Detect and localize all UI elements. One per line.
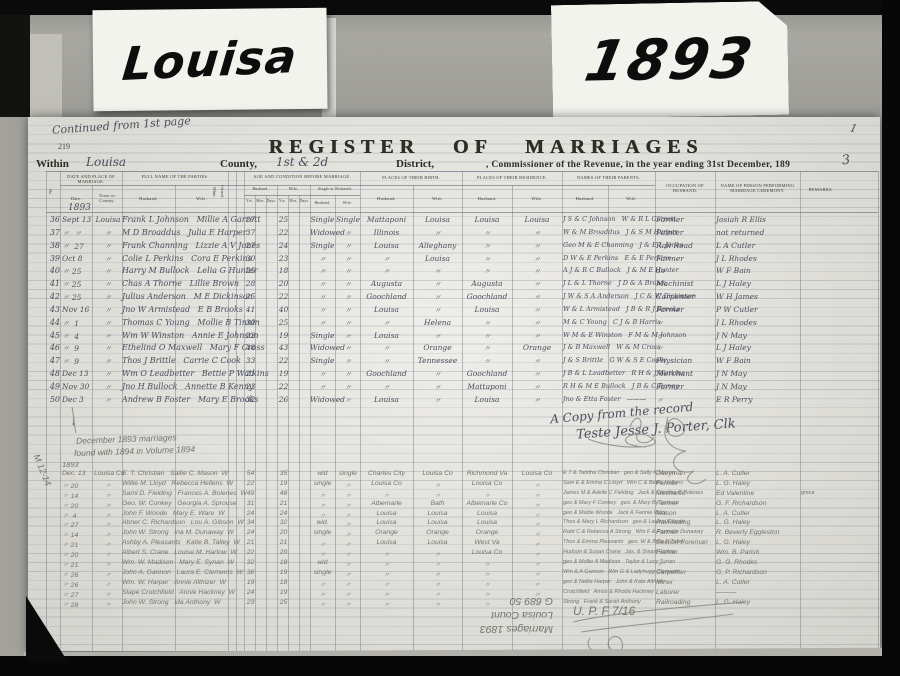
cell-county: 〃 (94, 369, 122, 380)
cell-residence-husband: Louisa Co (462, 480, 512, 487)
cell-condition-wife: 〃 (336, 254, 360, 265)
column-rule (255, 195, 256, 651)
cell-date: Nov 30 (62, 382, 92, 391)
cell-names: Jno W Armistead E B Brooks (122, 305, 252, 314)
column-rule (299, 195, 300, 651)
cell-condition-husband: Single (310, 215, 335, 224)
cell-minister: G. F. Richardson (716, 500, 800, 507)
cell-residence-husband: Louisa (462, 215, 512, 224)
column-rule (310, 185, 311, 651)
cell-birth-wife: 〃 (413, 305, 462, 316)
cell-date: 〃 20 (62, 549, 92, 559)
cell-residence-husband: 〃 (462, 559, 512, 569)
cell-occupation: 〃 (656, 331, 714, 342)
cell-residence-wife: Louisa Co (512, 470, 562, 477)
cell-condition-husband: Single (310, 356, 335, 365)
cell-date: Nov 16 (62, 305, 92, 314)
cell-birth-wife: 〃 (413, 395, 462, 406)
column-rule (413, 185, 414, 651)
cell-residence-wife: 〃 (512, 579, 562, 589)
cell-county: 〃 (94, 480, 122, 490)
cell-birth-wife: 〃 (413, 228, 462, 239)
page-number: 219 (58, 142, 70, 151)
cell-residence-wife: 〃 (512, 292, 562, 303)
cell-birth-husband: Louisa (360, 395, 413, 404)
column-rule (715, 171, 716, 651)
cell-county: 〃 (94, 382, 122, 393)
cell-birth-wife: 〃 (413, 559, 462, 569)
cell-birth-husband: Augusta (360, 279, 413, 288)
cell-minister: J L Rhodes (716, 254, 800, 263)
col-header-birth: PLACES OF THEIR BIRTH. (360, 175, 462, 180)
cell-names: Wm W Winston Annie E Johnson (122, 331, 252, 340)
cell-occupation: Mason (656, 510, 714, 517)
column-rule (244, 171, 245, 651)
cell-county: 〃 (94, 559, 122, 569)
county-card-text: Louisa (120, 29, 300, 91)
cell-date: 〃 14 (62, 490, 92, 500)
cell-county: 〃 (94, 305, 122, 316)
cell-residence-husband: 〃 (462, 241, 512, 252)
cell-county: 〃 (94, 589, 122, 599)
cell-county: 〃 (94, 241, 122, 252)
column-rule (360, 171, 361, 651)
cell-residence-husband: Louisa (462, 510, 512, 517)
cell-condition-husband: Widowed (310, 395, 335, 404)
cell-date: 〃 21 (62, 559, 92, 569)
cell-minister: Wm. B. Parish (716, 549, 800, 556)
cell-occupation: Railroading (656, 519, 714, 526)
cell-residence-wife: 〃 (512, 369, 562, 380)
cell-minister: G. G. Rhodes (716, 559, 800, 566)
cell-birth-husband: 〃 (360, 254, 413, 265)
cell-occupation: Painter (656, 228, 714, 237)
cell-minister: L. G. Haley (716, 519, 800, 526)
cell-names: Julius Anderson M E Dickinson (122, 292, 252, 301)
cell-birth-husband: Charles City (360, 470, 413, 477)
cell-birth-husband: 〃 (360, 579, 413, 589)
cell-names: Geo. W. Conkey Georgia A. Sprouse (122, 500, 252, 507)
cell-county: 〃 (94, 343, 122, 354)
cell-condition-husband: 〃 (310, 579, 335, 589)
cell-minister: L. A. Cutler (716, 579, 800, 586)
cell-date: Dec. 13 (62, 470, 92, 477)
cell-birth-husband: Goochland (360, 369, 413, 378)
cell-condition-wife: 〃 (336, 519, 360, 529)
cell-names: Abner C. Richardson Lou A. Gibson W (122, 519, 252, 526)
cell-date: 〃 27 (62, 519, 92, 529)
cell-condition-wife: 〃 (336, 279, 360, 290)
subheader-white: White. (212, 174, 216, 210)
cell-minister: ——— (716, 589, 800, 596)
cell-county: 〃 (94, 292, 122, 303)
cell-condition-wife: single (336, 470, 360, 477)
cell-birth-wife: Louisa (413, 254, 462, 263)
continued-note: Continued from 1st page (52, 114, 191, 137)
photo-frame: Louisa 1893 Continued from 1st page 219 … (0, 0, 900, 676)
cell-residence-wife: 〃 (512, 331, 562, 342)
cell-residence-husband: Orange (462, 529, 512, 536)
cell-condition-husband: wid (310, 559, 335, 566)
cell-birth-husband: Louisa (360, 539, 413, 546)
cell-minister: J N May (716, 331, 800, 340)
cell-residence-husband: Richmond Va (462, 470, 512, 477)
cell-date: Dec 13 (62, 369, 92, 378)
cell-names: Wm. W. Harper Annie Althizer W (122, 579, 252, 586)
cell-birth-husband: Louisa (360, 510, 413, 517)
cell-birth-wife: Orange (413, 343, 462, 352)
column-rule (266, 195, 267, 651)
cell-residence-husband: 〃 (462, 490, 512, 500)
cell-minister: J N May (716, 382, 800, 391)
cell-condition-husband: 〃 (310, 490, 335, 500)
col-header-residence: PLACES OF THEIR RESIDENCE. (462, 175, 562, 180)
cell-condition-wife: 〃 (336, 318, 360, 329)
cell-names: Albert S. Crane Louise M. Harlow W (122, 549, 252, 556)
cell-county: 〃 (94, 510, 122, 520)
cell-birth-wife: Louisa (413, 539, 462, 546)
cell-residence-wife: 〃 (512, 549, 562, 559)
column-rule (288, 195, 289, 651)
cell-county: 〃 (94, 599, 122, 609)
cell-condition-wife: 〃 (336, 395, 360, 406)
bottom-black-bar (0, 656, 900, 676)
column-rule (228, 171, 229, 651)
cell-condition-husband: Single (310, 331, 335, 340)
cell-birth-husband: 〃 (360, 569, 413, 579)
header-rule-mid (60, 185, 655, 186)
cell-birth-wife: 〃 (413, 569, 462, 579)
column-rule (655, 171, 656, 651)
cell-date: 〃 20 (62, 500, 92, 510)
cell-birth-wife: Louisa Co (413, 470, 462, 477)
cell-names: Wm. W. Madison Mary E. Synan W (122, 559, 252, 566)
cell-occupation: Farmer (656, 500, 714, 507)
left-dark-edge (0, 0, 30, 117)
subheader-birth-husband: Husband. (360, 196, 413, 201)
cell-occupation: Farmer (656, 215, 714, 224)
subheader-yrs-w: Yrs. (277, 199, 288, 203)
cell-names: Wm O Leadbetter Bettie P Watkins (122, 369, 252, 378)
cell-birth-wife: Tennessee (413, 356, 462, 365)
cell-names: Ashby A. Pleasants Katie B. Talley W (122, 539, 252, 546)
year-label-card: 1893 (551, 1, 789, 120)
cell-birth-husband: 〃 (360, 318, 413, 329)
page-title: REGISTER OF MARRIAGES (133, 136, 839, 159)
column-rule (175, 185, 176, 651)
cell-condition-wife: 〃 (336, 500, 360, 510)
cell-birth-wife: Helena (413, 318, 462, 327)
cell-condition-wife: 〃 (336, 266, 360, 277)
cell-date: 〃 27 (62, 589, 92, 599)
cell-residence-husband: Louisa Co (462, 549, 512, 556)
cell-birth-wife: 〃 (413, 490, 462, 500)
inverted-pencil-note: Marriages 1893 Louisa Count G 689 50 (223, 594, 553, 636)
cell-occupation: Section Foreman (656, 539, 714, 546)
cell-minister: L J Haley (716, 343, 800, 352)
cell-condition-wife: 〃 (336, 228, 360, 239)
subheader-res-husband: Husband. (462, 196, 512, 201)
cell-county: 〃 (94, 279, 122, 290)
row-number: 40 (46, 266, 60, 275)
cell-county: 〃 (94, 254, 122, 265)
subheader-colored: Colored. (220, 174, 224, 210)
cell-occupation: 〃 (656, 343, 714, 354)
cell-minister: L. G. Haley (716, 480, 800, 487)
cell-residence-wife: 〃 (512, 382, 562, 393)
cell-occupation: Farmer (656, 480, 714, 487)
cell-birth-husband: 〃 (360, 559, 413, 569)
cell-condition-wife: 〃 (336, 369, 360, 380)
cell-names: Harry M Bullock Lelia G Hunter (122, 266, 252, 275)
cell-birth-wife: 〃 (413, 279, 462, 290)
cell-condition-husband: 〃 (310, 382, 335, 393)
cell-county: 〃 (94, 519, 122, 529)
cell-birth-husband: 〃 (360, 549, 413, 559)
cell-condition-wife: 〃 (336, 292, 360, 303)
cell-residence-wife: 〃 (512, 539, 562, 549)
cell-date: Dec 3 (62, 395, 92, 404)
cell-condition-wife: 〃 (336, 510, 360, 520)
header-rule-age (244, 195, 360, 196)
cell-residence-wife: 〃 (512, 519, 562, 529)
cell-birth-husband: Louisa (360, 331, 413, 340)
cell-condition-husband: single (310, 569, 335, 576)
commissioner-text: , Commissioner of the Revenue, in the ye… (486, 160, 790, 170)
cell-date: 〃 21 (62, 539, 92, 549)
subheader-mos-w: Mos. (288, 199, 299, 203)
subheader-mos-h: Mos. (255, 199, 266, 203)
cell-condition-wife: 〃 (336, 579, 360, 589)
cell-condition-wife: 〃 (336, 331, 360, 342)
col-header-license: No. (48, 174, 52, 210)
col-header-age-condition: AGE AND CONDITION BEFORE MARRIAGE. (244, 174, 360, 179)
cell-condition-husband: Single (310, 241, 335, 250)
cell-minister: L. G. Haley (716, 539, 800, 546)
cell-birth-husband: Louisa (360, 519, 413, 526)
subheader-cond-husband: Husband. (310, 201, 335, 205)
row-number: 50 (46, 395, 60, 404)
cell-remarks: gmca (801, 490, 876, 496)
inverted-line: G 689 50 (223, 594, 553, 608)
row-number: 49 (46, 382, 60, 391)
register-page: Continued from 1st page 219 REGISTER OF … (28, 117, 880, 651)
district-script: 1st & 2d (276, 155, 328, 169)
cell-residence-wife: 〃 (512, 318, 562, 329)
pen-tick: 1 (849, 121, 859, 135)
cell-condition-husband: single (310, 529, 335, 536)
right-black-bar (882, 0, 900, 676)
cell-birth-husband: 〃 (360, 382, 413, 393)
cell-minister: L A Cutler (716, 241, 800, 250)
subheader-parents-husband: Husband. (562, 196, 608, 201)
cell-residence-husband: 〃 (462, 569, 512, 579)
row-number: 44 (46, 318, 60, 327)
county-label-card: Louisa (92, 8, 327, 111)
within-label: Within (36, 158, 69, 170)
cell-date: 〃 20 (62, 480, 92, 490)
cell-birth-husband: 〃 (360, 266, 413, 277)
col-header-date-place: DATE AND PLACE OF MARRIAGE. (60, 174, 122, 184)
cell-names: Colie L Perkins Cora E Perkins (122, 254, 252, 263)
cell-names: John F. Woode Mary E. Ware W (122, 510, 252, 517)
cell-minister: J L Rhodes (716, 318, 800, 327)
row-number: 41 (46, 279, 60, 288)
pencil-section-year: 1893 (62, 460, 79, 469)
cell-birth-wife: 〃 (413, 266, 462, 277)
subheader-parents-wife: Wife. (608, 196, 655, 201)
cell-condition-wife: 〃 (336, 490, 360, 500)
cell-residence-wife: 〃 (512, 356, 562, 367)
cell-residence-wife: Orange (512, 343, 562, 352)
cell-county: 〃 (94, 490, 122, 500)
cell-condition-husband: 〃 (310, 292, 335, 303)
subheader-age-wife: Wife. (277, 187, 310, 191)
cell-residence-wife: 〃 (512, 500, 562, 510)
cell-condition-husband: Widowed (310, 343, 335, 352)
cell-birth-wife: 〃 (413, 549, 462, 559)
cell-county: Louisa Co (94, 470, 122, 477)
county-script: Louisa (86, 155, 126, 169)
cell-names: Thos J Brittle Carrie C Cook (122, 356, 252, 365)
column-rule (92, 185, 93, 651)
cell-county: 〃 (94, 529, 122, 539)
cell-minister: W F Bain (716, 266, 800, 275)
column-rule (462, 171, 463, 651)
cell-condition-husband: wid (310, 470, 335, 477)
cell-birth-wife: 〃 (413, 382, 462, 393)
cell-birth-husband: Louisa (360, 305, 413, 314)
subheader-days-w: Days. (299, 199, 310, 203)
cell-condition-husband: single (310, 480, 335, 487)
subheader-single-widowed: Single or Widowed. (310, 187, 360, 191)
cell-minister: G. P. Richardson (716, 569, 800, 576)
cell-occupation: Farmer (656, 382, 714, 391)
cell-residence-husband: Augusta (462, 279, 512, 288)
cell-residence-wife: 〃 (512, 395, 562, 406)
cell-date: 〃 25 (62, 279, 92, 290)
cell-occupation: Carpenter (656, 292, 714, 301)
cell-minister: L. A. Cutler (716, 470, 800, 477)
cell-date: 〃 〃 (62, 228, 92, 239)
subheader-days-h: Days. (266, 199, 277, 203)
cell-residence-wife: 〃 (512, 490, 562, 500)
cell-minister: J N May (716, 369, 800, 378)
cell-residence-wife: 〃 (512, 241, 562, 252)
cell-occupation: Farmer (656, 254, 714, 263)
cell-date: 〃 26 (62, 569, 92, 579)
cell-date: 〃 4 (62, 331, 92, 342)
cell-date: 〃 4 (62, 510, 92, 520)
cell-date: 〃 25 (62, 292, 92, 303)
subheader-yrs-h: Yrs. (244, 199, 255, 203)
cell-county: 〃 (94, 395, 122, 406)
cell-condition-husband: 〃 (310, 500, 335, 510)
cell-minister: Ed Valentine (716, 490, 800, 497)
cell-residence-husband: 〃 (462, 318, 512, 329)
column-rule (46, 171, 47, 651)
cell-residence-husband: Goochland (462, 292, 512, 301)
cell-residence-wife: Louisa (512, 215, 562, 224)
cell-birth-wife: Orange (413, 529, 462, 536)
cell-birth-husband: 〃 (360, 490, 413, 500)
cell-residence-husband: West Va (462, 539, 512, 546)
ink-section-year: 1893 (68, 203, 91, 213)
cell-birth-husband: Louisa (360, 241, 413, 250)
row-number: 37 (46, 228, 60, 237)
cell-occupation: Physician (656, 356, 714, 365)
col-header-occupation: OCCUPATION OF HUSBAND. (655, 183, 715, 193)
cell-occupation: do (656, 266, 714, 275)
column-rule (335, 195, 336, 651)
cell-date: 〃 27 (62, 241, 92, 252)
cell-residence-husband: 〃 (462, 343, 512, 354)
row-number: 42 (46, 292, 60, 301)
column-rule (608, 185, 609, 651)
cell-date: 〃 25 (62, 266, 92, 277)
cell-condition-wife: 〃 (336, 549, 360, 559)
column-rule (60, 171, 61, 651)
cell-occupation: Farmer (656, 305, 714, 314)
cell-occupation: Farmer (656, 529, 714, 536)
cell-county: 〃 (94, 228, 122, 239)
cell-condition-wife: Single (336, 215, 360, 224)
cell-residence-wife: 〃 (512, 529, 562, 539)
cell-birth-wife: 〃 (413, 331, 462, 342)
cell-minister: R. Beverly Eggleston (716, 529, 800, 536)
cell-minister: not returned (716, 228, 800, 237)
cell-birth-husband: Mattaponi (360, 215, 413, 224)
cell-residence-husband: Albemarle Co (462, 500, 512, 507)
cell-residence-wife: 〃 (512, 266, 562, 277)
cell-occupation: Merchant (656, 369, 714, 378)
cell-birth-wife: 〃 (413, 480, 462, 490)
cell-county: 〃 (94, 579, 122, 589)
row-number: 43 (46, 305, 60, 314)
cell-minister: Josiah R Ellis (716, 215, 800, 224)
cell-minister: L. A. Cutler (716, 510, 800, 517)
cell-birth-wife: Louisa (413, 519, 462, 526)
cell-condition-husband: wid. (310, 519, 335, 526)
cell-occupation: Machinist (656, 279, 714, 288)
cell-residence-wife: 〃 (512, 254, 562, 265)
column-rule (878, 171, 879, 651)
row-number: 48 (46, 369, 60, 378)
column-rule (277, 185, 278, 651)
cell-minister: E R Perry (716, 395, 800, 404)
cell-minister: L J Haley (716, 279, 800, 288)
subheader-res-wife: Wife. (512, 196, 562, 201)
cell-residence-wife: 〃 (512, 510, 562, 520)
fraction-note: U. P. F 7/16 (573, 604, 635, 618)
cell-occupation: 〃 (656, 559, 714, 569)
cell-county: 〃 (94, 331, 122, 342)
cell-birth-husband: 〃 (360, 343, 413, 354)
cell-condition-wife: 〃 (336, 241, 360, 252)
cell-residence-wife: 〃 (512, 228, 562, 239)
cell-occupation: Mechanic (656, 490, 714, 497)
cell-residence-husband: Mattaponi (462, 382, 512, 391)
cell-names: M D Broaddus Julia E Harper (122, 228, 252, 237)
cell-occupation: Rail Road (656, 241, 714, 250)
cell-condition-wife: 〃 (336, 559, 360, 569)
cell-residence-wife: 〃 (512, 305, 562, 316)
cell-condition-wife: 〃 (336, 305, 360, 316)
cell-occupation: Miner (656, 579, 714, 586)
subheader-date: Date. (60, 196, 92, 201)
subheader-age-husband: Husband. (244, 187, 277, 191)
cell-birth-husband: Illinois (360, 228, 413, 237)
